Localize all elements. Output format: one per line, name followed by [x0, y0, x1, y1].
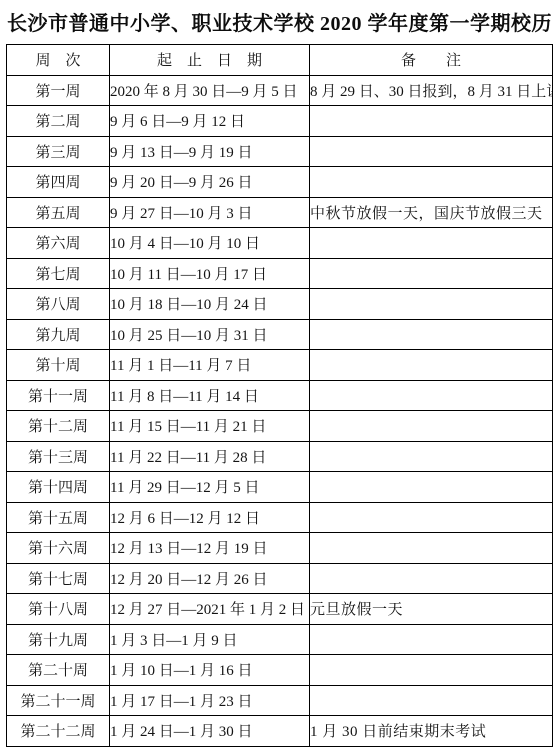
- table-row: 第十四周11 月 29 日—12 月 5 日: [7, 472, 553, 503]
- cell-week: 第二周: [7, 106, 110, 137]
- cell-notes: [310, 563, 553, 594]
- cell-notes: [310, 106, 553, 137]
- cell-notes: [310, 289, 553, 320]
- cell-week: 第十五周: [7, 502, 110, 533]
- cell-notes: [310, 228, 553, 259]
- cell-week: 第十八周: [7, 594, 110, 625]
- cell-notes: 元旦放假一天: [310, 594, 553, 625]
- cell-week: 第四周: [7, 167, 110, 198]
- cell-dates: 11 月 8 日—11 月 14 日: [110, 380, 310, 411]
- table-row: 第一周2020 年 8 月 30 日—9 月 5 日8 月 29 日、30 日报…: [7, 75, 553, 106]
- cell-dates: 1 月 24 日—1 月 30 日: [110, 716, 310, 747]
- cell-dates: 9 月 27 日—10 月 3 日: [110, 197, 310, 228]
- cell-week: 第五周: [7, 197, 110, 228]
- table-row: 第十七周12 月 20 日—12 月 26 日: [7, 563, 553, 594]
- cell-week: 第十四周: [7, 472, 110, 503]
- table-row: 第八周10 月 18 日—10 月 24 日: [7, 289, 553, 320]
- cell-dates: 10 月 4 日—10 月 10 日: [110, 228, 310, 259]
- cell-dates: 12 月 13 日—12 月 19 日: [110, 533, 310, 564]
- cell-dates: 10 月 11 日—10 月 17 日: [110, 258, 310, 289]
- cell-notes: [310, 685, 553, 716]
- table-row: 第三周9 月 13 日—9 月 19 日: [7, 136, 553, 167]
- table-row: 第五周9 月 27 日—10 月 3 日中秋节放假一天，国庆节放假三天: [7, 197, 553, 228]
- cell-week: 第十二周: [7, 411, 110, 442]
- calendar-table: 周 次 起 止 日 期 备 注 第一周2020 年 8 月 30 日—9 月 5…: [6, 44, 553, 747]
- table-row: 第十六周12 月 13 日—12 月 19 日: [7, 533, 553, 564]
- table-row: 第十一周11 月 8 日—11 月 14 日: [7, 380, 553, 411]
- cell-notes: 中秋节放假一天，国庆节放假三天: [310, 197, 553, 228]
- table-row: 第二十周1 月 10 日—1 月 16 日: [7, 655, 553, 686]
- table-body: 第一周2020 年 8 月 30 日—9 月 5 日8 月 29 日、30 日报…: [7, 75, 553, 746]
- cell-notes: [310, 411, 553, 442]
- cell-week: 第三周: [7, 136, 110, 167]
- cell-dates: 12 月 20 日—12 月 26 日: [110, 563, 310, 594]
- cell-notes: [310, 319, 553, 350]
- cell-week: 第六周: [7, 228, 110, 259]
- cell-notes: [310, 502, 553, 533]
- cell-dates: 9 月 20 日—9 月 26 日: [110, 167, 310, 198]
- cell-notes: [310, 380, 553, 411]
- cell-dates: 11 月 22 日—11 月 28 日: [110, 441, 310, 472]
- cell-week: 第二十周: [7, 655, 110, 686]
- cell-dates: 10 月 25 日—10 月 31 日: [110, 319, 310, 350]
- cell-notes: [310, 350, 553, 381]
- cell-notes: 8 月 29 日、30 日报到，8 月 31 日上课: [310, 75, 553, 106]
- school-calendar-document: 长沙市普通中小学、职业技术学校 2020 学年度第一学期校历 周 次 起 止 日…: [0, 0, 559, 752]
- cell-week: 第十七周: [7, 563, 110, 594]
- table-row: 第十三周11 月 22 日—11 月 28 日: [7, 441, 553, 472]
- cell-notes: [310, 258, 553, 289]
- cell-dates: 2020 年 8 月 30 日—9 月 5 日: [110, 75, 310, 106]
- cell-notes: [310, 136, 553, 167]
- table-row: 第九周10 月 25 日—10 月 31 日: [7, 319, 553, 350]
- table-row: 第十八周12 月 27 日—2021 年 1 月 2 日元旦放假一天: [7, 594, 553, 625]
- cell-notes: [310, 655, 553, 686]
- cell-week: 第九周: [7, 319, 110, 350]
- cell-week: 第十三周: [7, 441, 110, 472]
- cell-week: 第十周: [7, 350, 110, 381]
- table-row: 第十二周11 月 15 日—11 月 21 日: [7, 411, 553, 442]
- cell-week: 第八周: [7, 289, 110, 320]
- table-row: 第十五周12 月 6 日—12 月 12 日: [7, 502, 553, 533]
- cell-dates: 1 月 3 日—1 月 9 日: [110, 624, 310, 655]
- table-header: 周 次 起 止 日 期 备 注: [7, 45, 553, 76]
- cell-week: 第十六周: [7, 533, 110, 564]
- cell-week: 第一周: [7, 75, 110, 106]
- cell-week: 第十一周: [7, 380, 110, 411]
- cell-dates: 1 月 10 日—1 月 16 日: [110, 655, 310, 686]
- cell-dates: 9 月 13 日—9 月 19 日: [110, 136, 310, 167]
- header-row: 周 次 起 止 日 期 备 注: [7, 45, 553, 76]
- cell-week: 第十九周: [7, 624, 110, 655]
- table-row: 第十周11 月 1 日—11 月 7 日: [7, 350, 553, 381]
- cell-week: 第七周: [7, 258, 110, 289]
- cell-notes: [310, 441, 553, 472]
- column-header-notes: 备 注: [310, 45, 553, 76]
- cell-dates: 1 月 17 日—1 月 23 日: [110, 685, 310, 716]
- cell-notes: 1 月 30 日前结束期末考试: [310, 716, 553, 747]
- table-row: 第二十一周1 月 17 日—1 月 23 日: [7, 685, 553, 716]
- column-header-week: 周 次: [7, 45, 110, 76]
- cell-dates: 11 月 29 日—12 月 5 日: [110, 472, 310, 503]
- table-row: 第七周10 月 11 日—10 月 17 日: [7, 258, 553, 289]
- cell-dates: 11 月 1 日—11 月 7 日: [110, 350, 310, 381]
- cell-week: 第二十一周: [7, 685, 110, 716]
- cell-dates: 10 月 18 日—10 月 24 日: [110, 289, 310, 320]
- page-title: 长沙市普通中小学、职业技术学校 2020 学年度第一学期校历: [0, 0, 559, 44]
- table-row: 第六周10 月 4 日—10 月 10 日: [7, 228, 553, 259]
- table-row: 第二十二周1 月 24 日—1 月 30 日1 月 30 日前结束期末考试: [7, 716, 553, 747]
- column-header-dates: 起 止 日 期: [110, 45, 310, 76]
- cell-dates: 11 月 15 日—11 月 21 日: [110, 411, 310, 442]
- table-row: 第四周9 月 20 日—9 月 26 日: [7, 167, 553, 198]
- table-row: 第二周9 月 6 日—9 月 12 日: [7, 106, 553, 137]
- cell-dates: 12 月 6 日—12 月 12 日: [110, 502, 310, 533]
- table-row: 第十九周1 月 3 日—1 月 9 日: [7, 624, 553, 655]
- cell-notes: [310, 624, 553, 655]
- cell-notes: [310, 533, 553, 564]
- cell-notes: [310, 472, 553, 503]
- cell-week: 第二十二周: [7, 716, 110, 747]
- cell-dates: 12 月 27 日—2021 年 1 月 2 日: [110, 594, 310, 625]
- cell-notes: [310, 167, 553, 198]
- cell-dates: 9 月 6 日—9 月 12 日: [110, 106, 310, 137]
